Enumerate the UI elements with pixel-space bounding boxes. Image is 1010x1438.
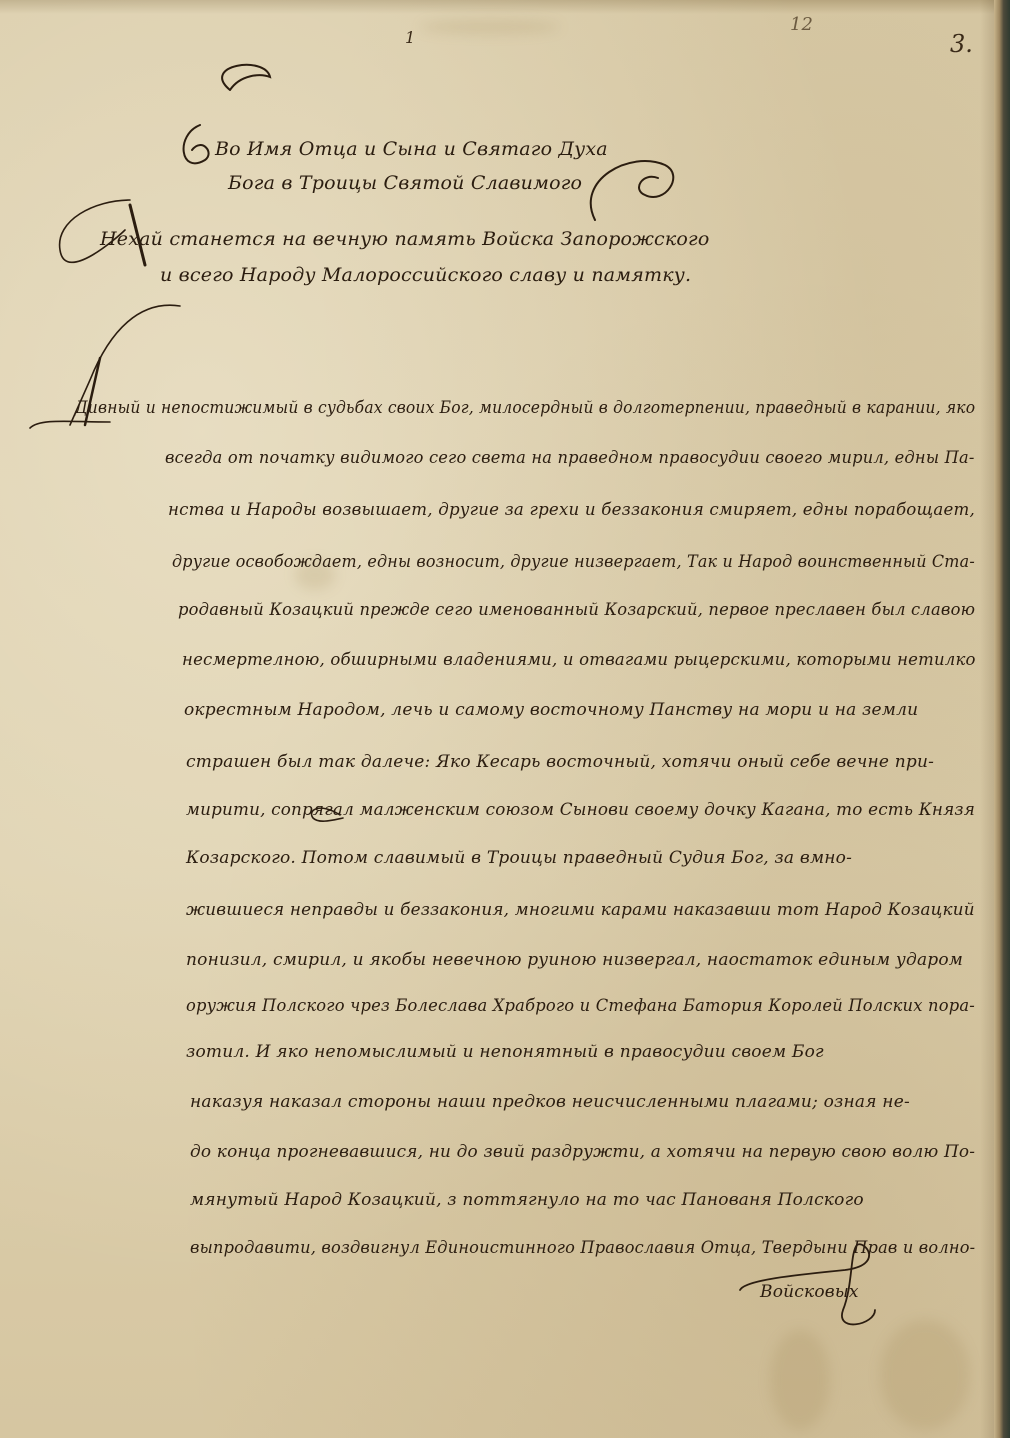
flourish-ornament-icon (570, 150, 690, 230)
body-line-12: понизил, смирил, и якобы невечною руиною… (186, 950, 963, 970)
body-line-10: Козарского. Потом славимый в Троицы прав… (186, 848, 852, 868)
body-line-15: наказуя наказал стороны наши предков неи… (190, 1092, 910, 1112)
catchword: Войсковых (760, 1282, 859, 1302)
book-binding-edge (994, 0, 1010, 1438)
header-line-4: и всего Народу Малороссийского славу и п… (160, 264, 691, 286)
body-line-18: выпродавити, воздвигнул Единоистинного П… (190, 1238, 975, 1258)
body-line-14: зотил. И яко непомыслимый и непонятный в… (186, 1042, 824, 1062)
manuscript-page: 1 12 3. Во Имя Отца и Сына и Святаго Дух… (0, 0, 1010, 1438)
body-line-5: родавный Козацкий прежде сего именованны… (178, 600, 975, 620)
body-line-13: оружия Полского чрез Болеслава Храброго … (186, 996, 975, 1016)
body-line-11: жившиеся неправды и беззакония, многими … (186, 900, 975, 920)
paper-stain (420, 20, 560, 34)
body-line-7: окрестным Народом, лечь и самому восточн… (184, 700, 918, 720)
body-line-3: нства и Народы возвышает, другие за грех… (168, 500, 975, 520)
body-line-16: до конца прогневавшися, ни до звий раздр… (190, 1142, 975, 1162)
body-line-9: мирити, сопрягал малженским союзом Сынов… (186, 800, 975, 820)
body-line-17: мянутый Народ Козацкий, з поттягнуло на … (190, 1190, 864, 1210)
header-line-2: Бога в Троицы Святой Славимого (228, 172, 582, 194)
body-line-6: несмертелною, обширными владениями, и от… (182, 650, 976, 670)
binding-shadow (980, 0, 994, 1438)
page-number: 3. (950, 30, 973, 58)
body-line-8: страшен был так далече: Яко Кесарь восто… (186, 752, 934, 772)
header-line-3: Нехай станется на вечную память Войска З… (100, 228, 709, 250)
header-line-1: Во Имя Отца и Сына и Святаго Духа (215, 138, 608, 160)
body-line-4: другие освобождает, едны возносит, други… (172, 552, 975, 572)
folio-center-mark: 12 (790, 14, 813, 35)
folio-left-mark: 1 (405, 28, 415, 47)
paper-stain (770, 1330, 830, 1430)
body-line-1: Дивный и непостижимый в судьбах своих Бо… (75, 398, 975, 418)
body-line-2: всегда от початку видимого сего света на… (165, 448, 975, 468)
